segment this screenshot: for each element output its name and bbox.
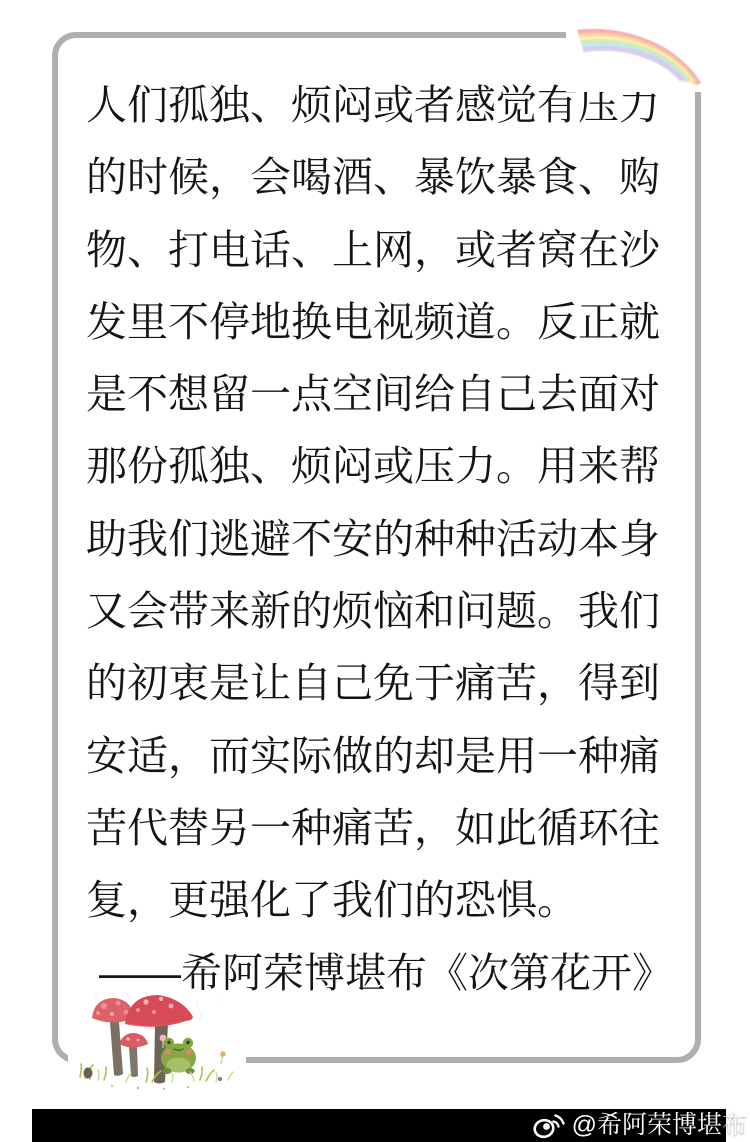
quote-line: 发里不停地换电视频道。反正就 bbox=[86, 286, 676, 358]
quote-text-block: 人们孤独、烦闷或者感觉有压力 的时候，会喝酒、暴饮暴食、购 物、打电话、上网，或… bbox=[86, 69, 676, 1009]
quote-line: 复，更强化了我们的恐惧。 bbox=[86, 864, 676, 936]
quote-line: 安适，而实际做的却是用一种痛 bbox=[86, 720, 676, 792]
weibo-icon bbox=[532, 1112, 565, 1139]
quote-card: 人们孤独、烦闷或者感觉有压力 的时候，会喝酒、暴饮暴食、购 物、打电话、上网，或… bbox=[0, 0, 750, 1142]
watermark-handle: @希阿荣博堪布 bbox=[572, 1109, 747, 1142]
rainbow-icon bbox=[572, 8, 704, 92]
quote-line: 的时候，会喝酒、暴饮暴食、购 bbox=[86, 141, 676, 213]
quote-line: 的初衷是让自己免于痛苦，得到 bbox=[86, 647, 676, 719]
rainbow-background-patch bbox=[566, 0, 708, 92]
mushroom-frog-drawing bbox=[68, 990, 246, 1096]
quote-line: 苦代替另一种痛苦，如此循环往 bbox=[86, 792, 676, 864]
watermark-bar: @希阿荣博堪布 bbox=[32, 1109, 726, 1142]
mushroom-frog-illustration bbox=[68, 990, 246, 1096]
quote-line: 那份孤独、烦闷或压力。用来帮 bbox=[86, 430, 676, 502]
quote-line: 又会带来新的烦恼和问题。我们 bbox=[86, 575, 676, 647]
quote-line: 助我们逃避不安的种种活动本身 bbox=[86, 503, 676, 575]
quote-line: 物、打电话、上网，或者窝在沙 bbox=[86, 214, 676, 286]
quote-line: 是不想留一点空间给自己去面对 bbox=[86, 358, 676, 430]
